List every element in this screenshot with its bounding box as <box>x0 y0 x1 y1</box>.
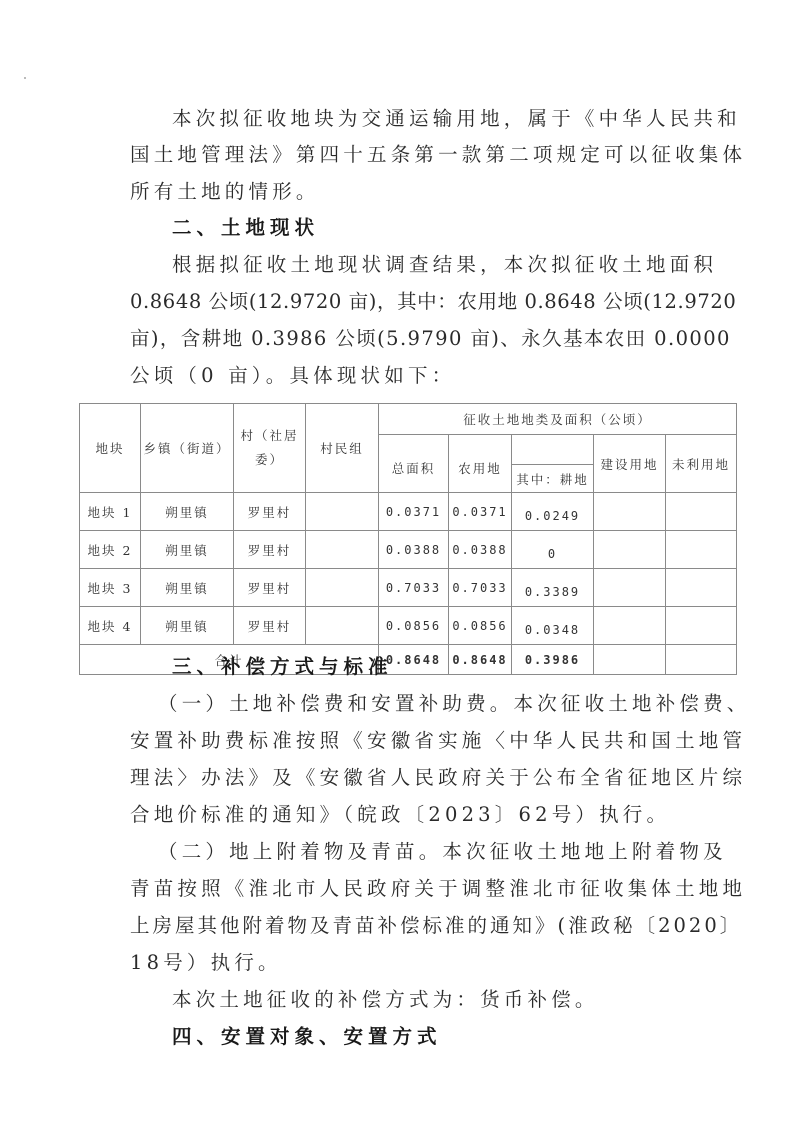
paragraph-line: 18号）执行。 <box>130 950 670 976</box>
table-row: 地块 4 朔里镇 罗里村 0.0856 0.0856 0.0348 <box>80 607 737 645</box>
paragraph-line: （一）土地补偿费和安置补助费。本次征收土地补偿费、 <box>158 691 698 717</box>
cell-total: 0.0388 <box>379 531 449 569</box>
scan-artifact <box>24 77 26 79</box>
table-row: 地块 2 朔里镇 罗里村 0.0388 0.0388 0 <box>80 531 737 569</box>
paragraph-line: 青苗按照《淮北市人民政府关于调整淮北市征收集体土地地 <box>130 876 670 902</box>
cell-construction <box>594 493 666 531</box>
paragraph-line: （二）地上附着物及青苗。本次征收土地地上附着物及 <box>158 839 698 865</box>
cell-plot: 地块 1 <box>80 493 141 531</box>
cell-group <box>306 607 379 645</box>
header-plot: 地块 <box>80 404 141 493</box>
cell-construction <box>594 569 666 607</box>
header-group: 村民组 <box>306 404 379 493</box>
cell-arable: 0 <box>512 531 594 569</box>
cell-village: 罗里村 <box>234 607 306 645</box>
land-status-table: 地块 乡镇（街道） 村（社居 委） 村民组 征收土地地类及面积（公顷） 总面积 … <box>79 403 737 675</box>
header-arable: 其中：耕地 <box>512 465 594 493</box>
cell-arable: 0.3389 <box>512 569 594 607</box>
paragraph-line: 公顷（0 亩）。具体现状如下： <box>130 363 670 389</box>
cell-total: 0.0371 <box>379 493 449 531</box>
cell-total: 0.0856 <box>379 607 449 645</box>
cell-group <box>306 569 379 607</box>
paragraph-line: 安置补助费标准按照《安徽省实施〈中华人民共和国土地管 <box>130 728 670 754</box>
paragraph-line: 理法〉办法》及《安徽省人民政府关于公布全省征地区片综 <box>130 765 670 791</box>
cell-town: 朔里镇 <box>141 531 234 569</box>
cell-agri: 0.7033 <box>449 569 512 607</box>
header-village: 村（社居 委） <box>234 404 306 493</box>
cell-total: 0.7033 <box>379 569 449 607</box>
section-heading: 四、安置对象、安置方式 <box>172 1024 712 1050</box>
paragraph-line: 上房屋其他附着物及青苗补偿标准的通知》(淮政秘〔2020〕 <box>130 913 670 939</box>
cell-plot: 地块 3 <box>80 569 141 607</box>
cell-group <box>306 531 379 569</box>
cell-plot: 地块 2 <box>80 531 141 569</box>
header-arable-blank <box>512 435 594 465</box>
cell-construction <box>594 607 666 645</box>
cell-unused <box>666 569 737 607</box>
cell-town: 朔里镇 <box>141 569 234 607</box>
cell-agri: 0.0388 <box>449 531 512 569</box>
header-total: 总面积 <box>379 435 449 493</box>
cell-village: 罗里村 <box>234 569 306 607</box>
header-unused: 未利用地 <box>666 435 737 493</box>
cell-construction <box>594 531 666 569</box>
cell-arable: 0.0249 <box>512 493 594 531</box>
cell-town: 朔里镇 <box>141 607 234 645</box>
paragraph-line: 合地价标准的通知》（皖政〔2023〕62号）执行。 <box>130 802 670 828</box>
cell-agri: 0.0371 <box>449 493 512 531</box>
cell-agri: 0.0856 <box>449 607 512 645</box>
paragraph-line: 0.8648 公顷(12.9720 亩)，其中：农用地 0.8648 公顷(12… <box>130 289 670 315</box>
paragraph-line: 本次土地征收的补偿方式为：货币补偿。 <box>172 987 712 1013</box>
cell-unused <box>666 531 737 569</box>
section-heading: 二、土地现状 <box>172 215 712 241</box>
cell-plot: 地块 4 <box>80 607 141 645</box>
cell-group <box>306 493 379 531</box>
paragraph-line: 本次拟征收地块为交通运输用地，属于《中华人民共和 <box>172 106 712 132</box>
paragraph-line: 根据拟征收土地现状调查结果，本次拟征收土地面积 <box>172 252 712 278</box>
section-heading: 三、补偿方式与标准 <box>172 654 712 680</box>
cell-unused <box>666 607 737 645</box>
header-village-line1: 村（社居 <box>234 424 305 448</box>
header-agri: 农用地 <box>449 435 512 493</box>
cell-town: 朔里镇 <box>141 493 234 531</box>
table-row: 地块 3 朔里镇 罗里村 0.7033 0.7033 0.3389 <box>80 569 737 607</box>
paragraph-line: 亩)，含耕地 0.3986 公顷(5.9790 亩)、永久基本农田 0.0000 <box>130 326 670 352</box>
cell-arable: 0.0348 <box>512 607 594 645</box>
paragraph-line: 所有土地的情形。 <box>130 179 670 205</box>
cell-village: 罗里村 <box>234 531 306 569</box>
header-village-line2: 委） <box>234 448 305 472</box>
header-area-group: 征收土地地类及面积（公顷） <box>379 404 737 435</box>
cell-unused <box>666 493 737 531</box>
header-town: 乡镇（街道） <box>141 404 234 493</box>
table-row: 地块 1 朔里镇 罗里村 0.0371 0.0371 0.0249 <box>80 493 737 531</box>
cell-village: 罗里村 <box>234 493 306 531</box>
header-construction: 建设用地 <box>594 435 666 493</box>
paragraph-line: 国土地管理法》第四十五条第一款第二项规定可以征收集体 <box>130 142 670 168</box>
